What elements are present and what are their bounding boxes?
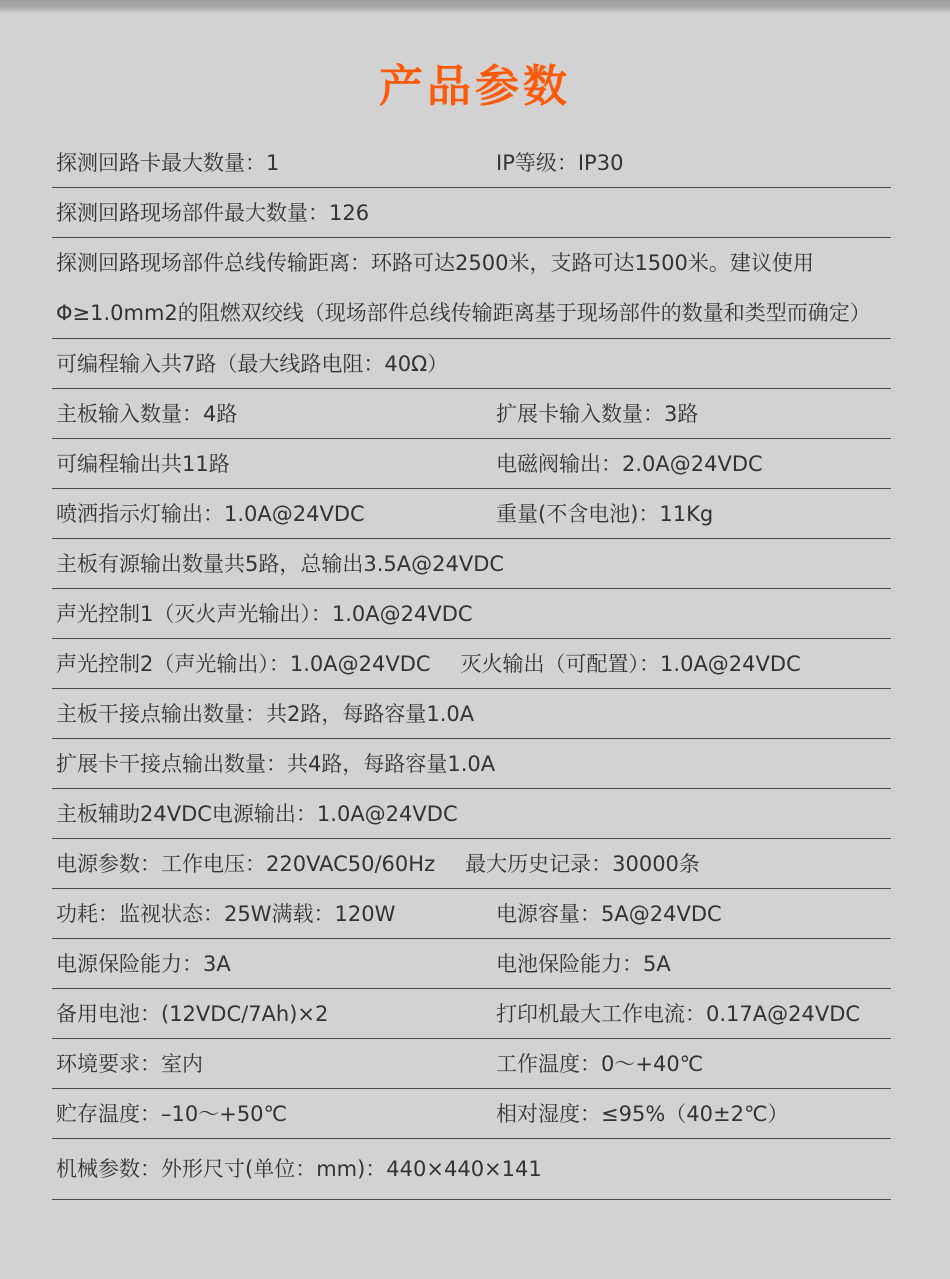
spec-row: 主板输入数量：4路 扩展卡输入数量：3路 <box>52 389 891 439</box>
spec-row: 主板辅助24VDC电源输出：1.0A@24VDC <box>52 789 891 839</box>
spec-cell: 主板有源输出数量共5路，总输出3.5A@24VDC <box>56 539 504 589</box>
spec-row: 探测回路现场部件总线传输距离：环路可达2500米，支路可达1500米。建议使用Φ… <box>52 238 891 339</box>
spec-cell: 探测回路现场部件最大数量：126 <box>56 188 369 238</box>
spec-cell: 打印机最大工作电流：0.17A@24VDC <box>496 989 891 1039</box>
spec-cell: 声光控制2（声光输出）：1.0A@24VDC <box>56 639 431 689</box>
spec-row: 可编程输入共7路（最大线路电阻：40Ω） <box>52 339 891 389</box>
spec-row: 机械参数：外形尺寸(单位：mm)：440×440×141 <box>52 1139 891 1200</box>
spec-row: 喷洒指示灯输出：1.0A@24VDC 重量(不含电池)：11Kg <box>52 489 891 539</box>
spec-cell: 探测回路现场部件总线传输距离：环路可达2500米，支路可达1500米。建议使用Φ… <box>56 251 871 325</box>
spec-row: 主板干接点输出数量：共2路，每路容量1.0A <box>52 689 891 739</box>
spec-cell: 主板干接点输出数量：共2路，每路容量1.0A <box>56 689 474 739</box>
spec-cell: 声光控制1（灭火声光输出）：1.0A@24VDC <box>56 589 473 639</box>
spec-row: 环境要求：室内 工作温度：0～+40℃ <box>52 1039 891 1089</box>
spec-cell: 可编程输出共11路 <box>56 439 496 489</box>
spec-row: 探测回路现场部件最大数量：126 <box>52 188 891 238</box>
spec-cell: 探测回路卡最大数量：1 <box>56 138 496 188</box>
page-title: 产品参数 <box>0 50 950 114</box>
spec-cell: 可编程输入共7路（最大线路电阻：40Ω） <box>56 339 448 389</box>
spec-cell: 最大历史记录：30000条 <box>465 839 891 889</box>
spec-cell: 相对湿度：≤95%（40±2℃） <box>496 1089 891 1139</box>
spec-row: 探测回路卡最大数量：1 IP等级：IP30 <box>52 138 891 188</box>
spec-cell: 喷洒指示灯输出：1.0A@24VDC <box>56 489 496 539</box>
spec-row: 主板有源输出数量共5路，总输出3.5A@24VDC <box>52 539 891 589</box>
spec-row: 电源保险能力：3A 电池保险能力：5A <box>52 939 891 989</box>
spec-cell: 重量(不含电池)：11Kg <box>496 489 891 539</box>
spec-cell: 电源参数：工作电压：220VAC50/60Hz <box>56 839 435 889</box>
spec-row: 可编程输出共11路 电磁阀输出：2.0A@24VDC <box>52 439 891 489</box>
spec-row: 扩展卡干接点输出数量：共4路，每路容量1.0A <box>52 739 891 789</box>
spec-cell: 电池保险能力：5A <box>496 939 891 989</box>
spec-cell: 环境要求：室内 <box>56 1039 496 1089</box>
spec-cell: 扩展卡干接点输出数量：共4路，每路容量1.0A <box>56 739 495 789</box>
spec-cell: 备用电池：(12VDC/7Ah)×2 <box>56 989 496 1039</box>
spec-cell: 电源保险能力：3A <box>56 939 496 989</box>
spec-cell: 主板辅助24VDC电源输出：1.0A@24VDC <box>56 789 458 839</box>
spec-cell: 电源容量：5A@24VDC <box>496 889 891 939</box>
spec-row: 电源参数：工作电压：220VAC50/60Hz 最大历史记录：30000条 <box>52 839 891 889</box>
spec-cell: 功耗：监视状态：25W满载：120W <box>56 889 496 939</box>
spec-row: 声光控制1（灭火声光输出）：1.0A@24VDC <box>52 589 891 639</box>
spec-table: 探测回路卡最大数量：1 IP等级：IP30 探测回路现场部件最大数量：126 探… <box>52 138 891 1200</box>
spec-cell: 机械参数：外形尺寸(单位：mm)：440×440×141 <box>56 1144 542 1194</box>
spec-cell: 灭火输出（可配置）：1.0A@24VDC <box>461 639 891 689</box>
spec-row: 贮存温度：–10～+50℃ 相对湿度：≤95%（40±2℃） <box>52 1089 891 1139</box>
spec-row: 声光控制2（声光输出）：1.0A@24VDC 灭火输出（可配置）：1.0A@24… <box>52 639 891 689</box>
spec-row: 备用电池：(12VDC/7Ah)×2 打印机最大工作电流：0.17A@24VDC <box>52 989 891 1039</box>
spec-cell: 工作温度：0～+40℃ <box>496 1039 891 1089</box>
spec-cell: IP等级：IP30 <box>496 138 891 188</box>
spec-cell: 主板输入数量：4路 <box>56 389 496 439</box>
spec-row: 功耗：监视状态：25W满载：120W 电源容量：5A@24VDC <box>52 889 891 939</box>
top-shadow-bar <box>0 0 950 14</box>
spec-cell: 贮存温度：–10～+50℃ <box>56 1089 496 1139</box>
spec-cell: 扩展卡输入数量：3路 <box>496 389 891 439</box>
spec-cell: 电磁阀输出：2.0A@24VDC <box>496 439 891 489</box>
